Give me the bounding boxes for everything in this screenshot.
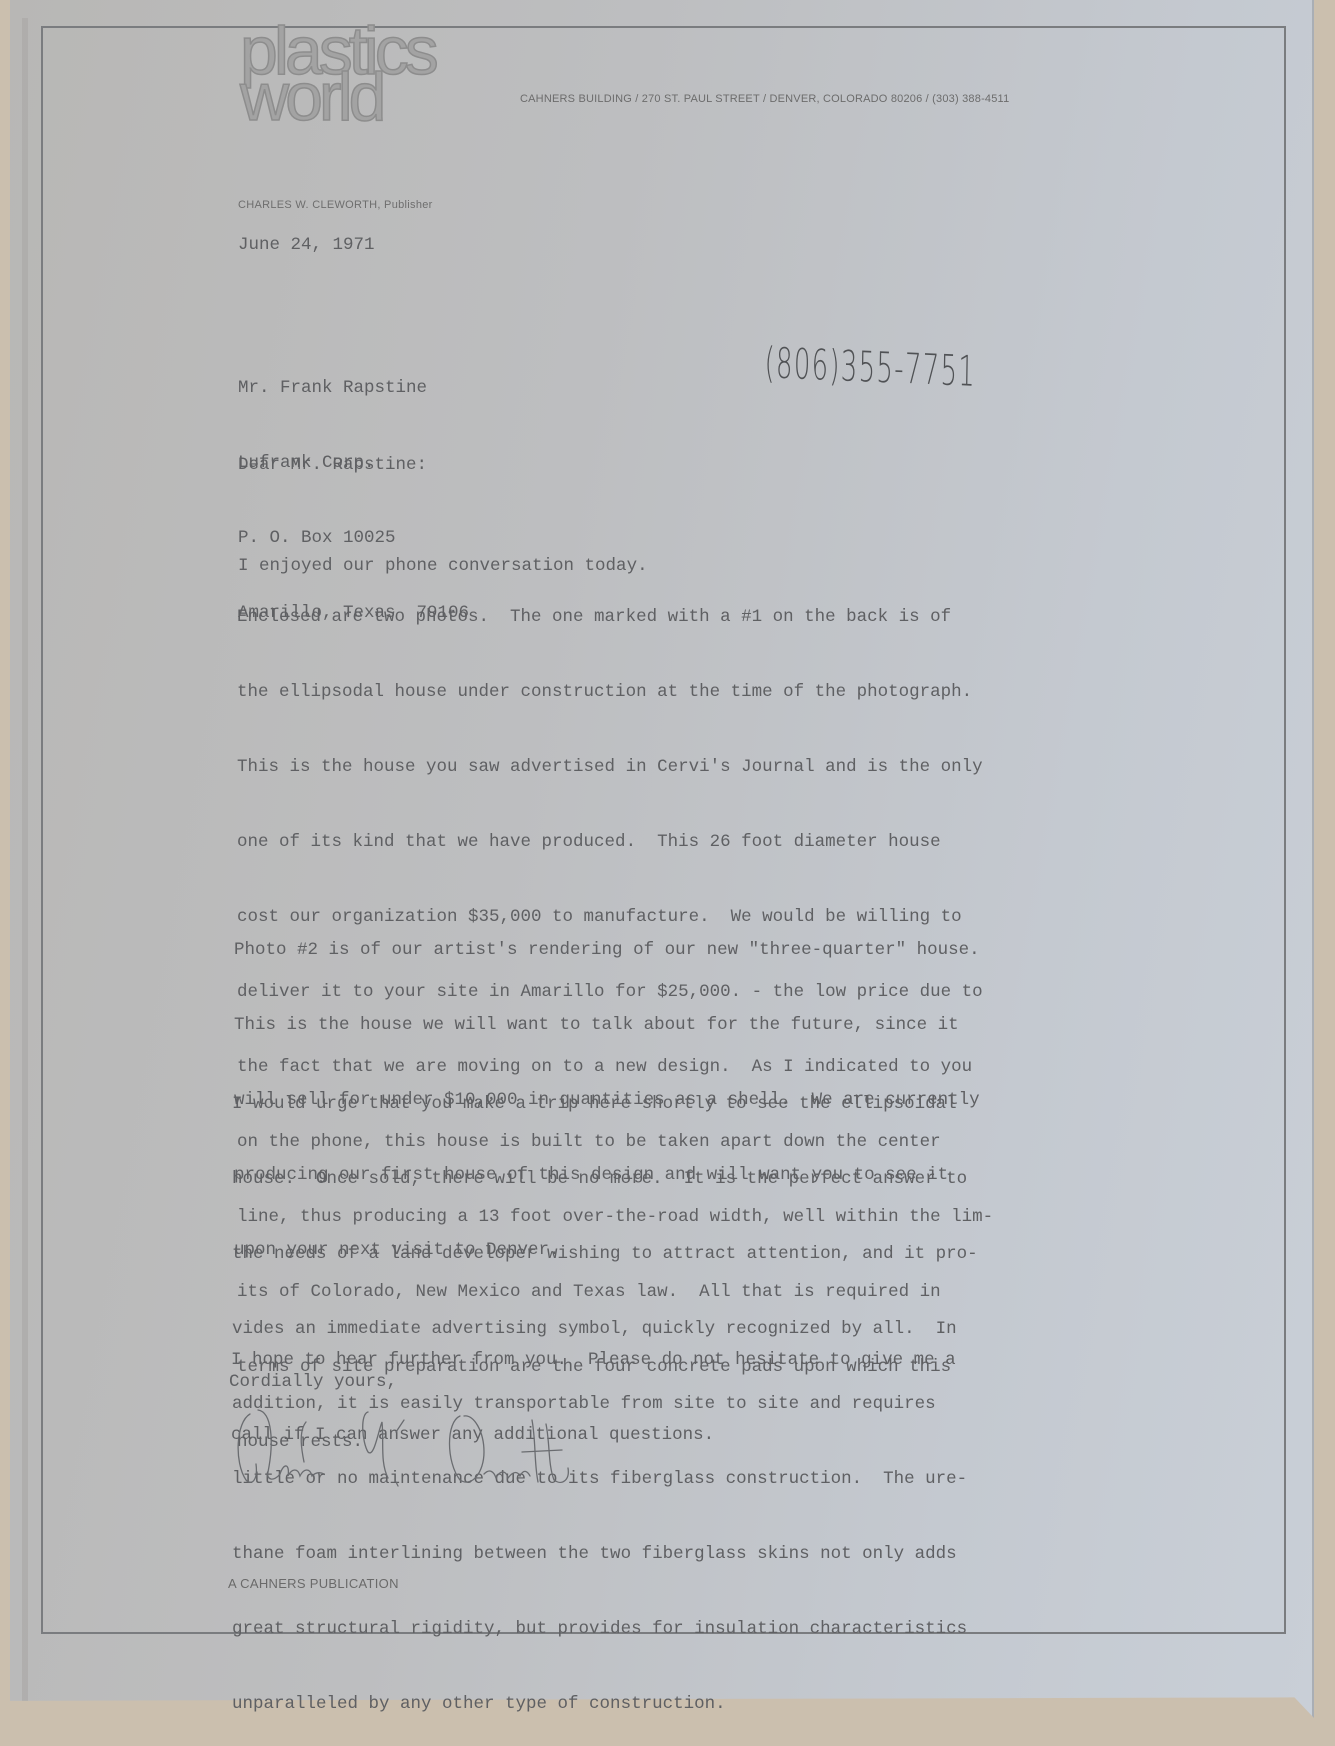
body-line: the needs of a land developer wishing to… (232, 1242, 978, 1267)
body-line: unparalleled by any other type of constr… (232, 1692, 978, 1717)
body-line: Enclosed are two photos. The one marked … (237, 605, 993, 630)
body-line: great structural rigidity, but provides … (232, 1617, 978, 1642)
body-line: Photo #2 is of our artist's rendering of… (234, 938, 980, 963)
publisher-name: CHARLES W. CLEWORTH, Publisher (238, 199, 433, 211)
body-line: This is the house we will want to talk a… (234, 1013, 980, 1038)
body-line: thane foam interlining between the two f… (232, 1542, 978, 1567)
letter-date: June 24, 1971 (238, 233, 375, 258)
handwritten-phone-number: (806)355-7751 (764, 338, 976, 396)
letterhead-address: CAHNERS BUILDING / 270 ST. PAUL STREET /… (520, 93, 1009, 105)
body-line: This is the house you saw advertised in … (237, 755, 993, 780)
body-line: I would urge that you make a trip here s… (232, 1092, 978, 1117)
plastics-world-logo: plastics world (240, 28, 520, 120)
paper-edge-shadow (22, 18, 28, 1738)
recipient-line: Mr. Frank Rapstine (238, 376, 469, 401)
salutation: Dear Mr. Rapstine: (238, 453, 427, 478)
closing: Cordially yours, (229, 1370, 397, 1395)
signature-icon (228, 1402, 588, 1492)
footer-publication: A CAHNERS PUBLICATION (228, 1576, 399, 1591)
body-line: house. Once sold, there will be no more.… (232, 1167, 978, 1192)
logo-line-world: world (240, 74, 520, 120)
body-line: one of its kind that we have produced. T… (237, 830, 993, 855)
body-line: the ellipsodal house under construction … (237, 680, 993, 705)
